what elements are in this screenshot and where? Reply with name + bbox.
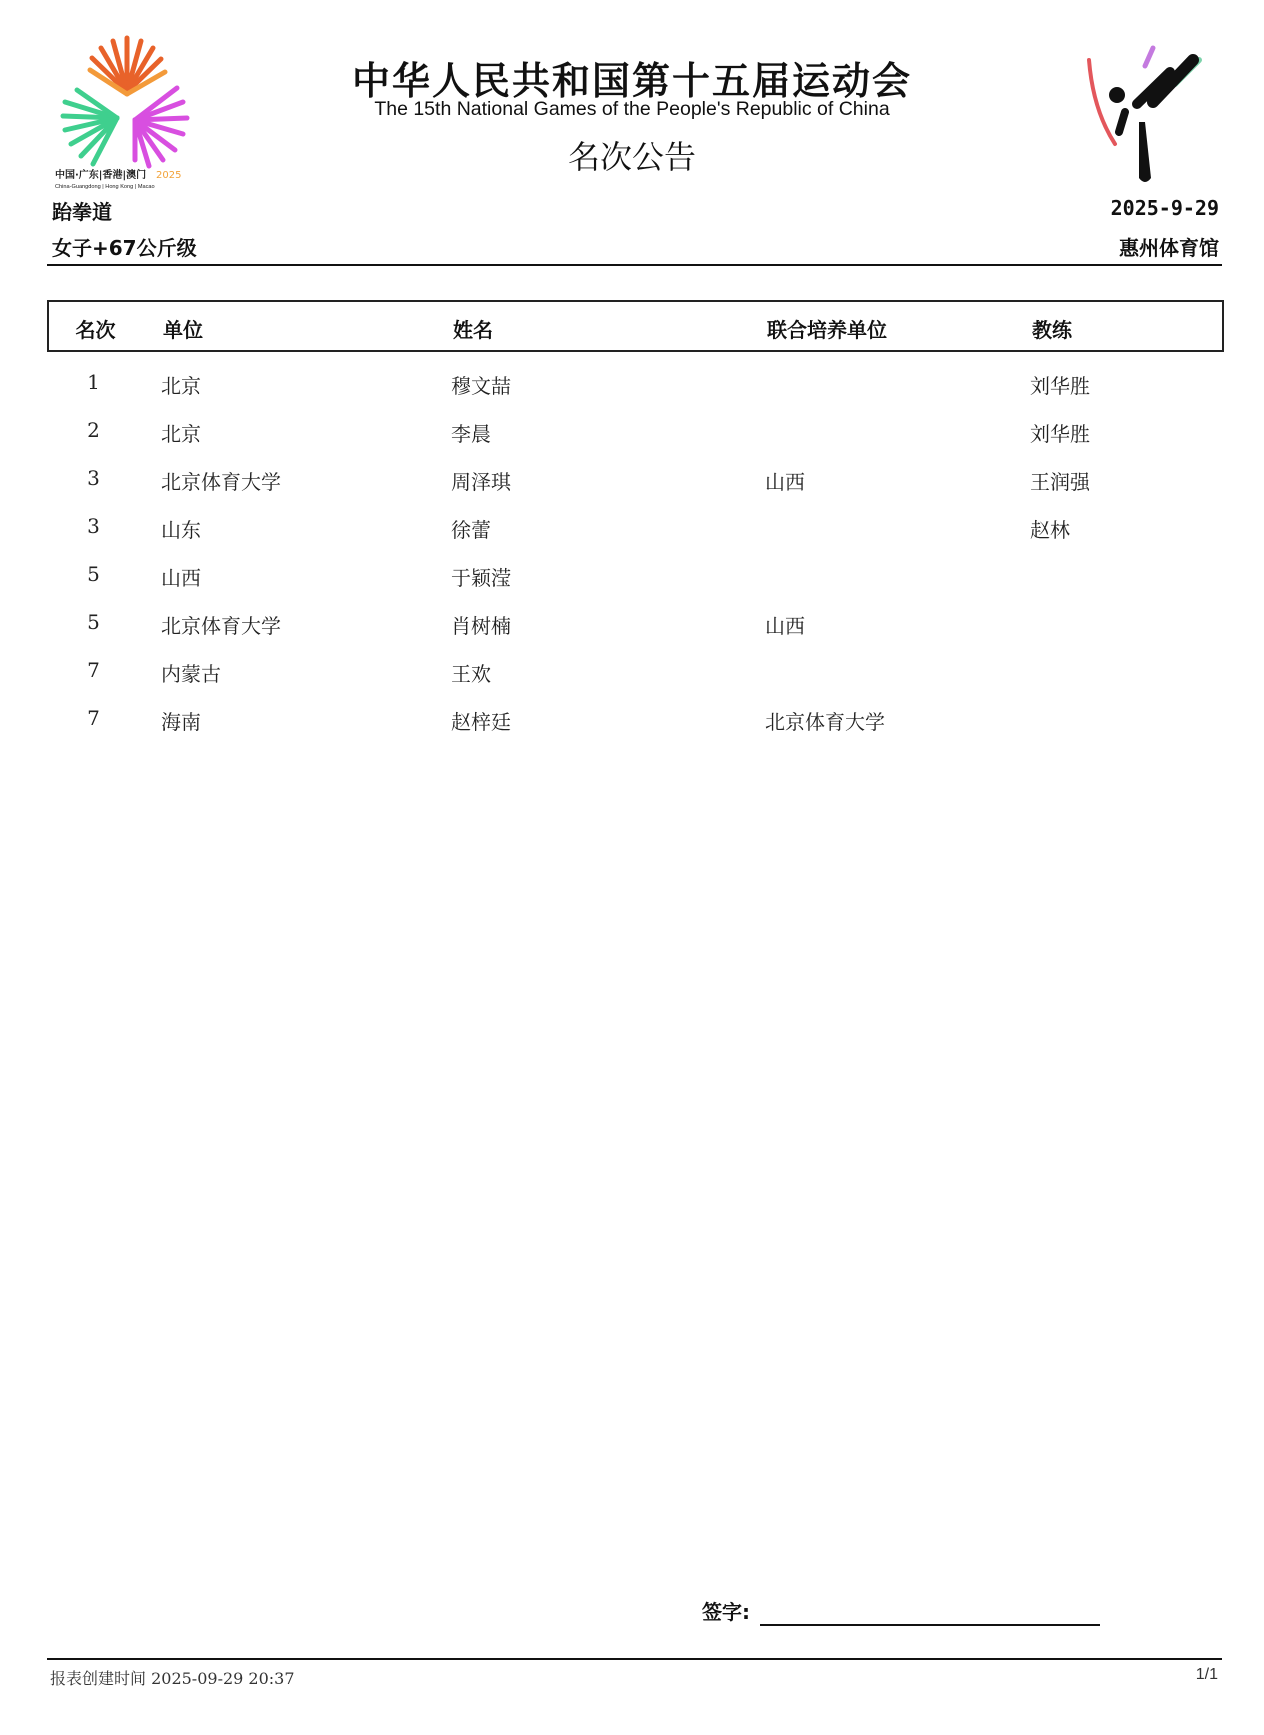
table-row: 7 海南 赵梓廷 北京体育大学	[47, 696, 1222, 744]
name-cell: 李晨	[451, 418, 491, 447]
unit-cell: 北京	[161, 370, 201, 399]
unit-cell: 北京体育大学	[161, 466, 281, 495]
signature-label: 签字:	[702, 1596, 750, 1625]
table-row: 2 北京 李晨 刘华胜	[47, 408, 1222, 456]
column-header-rank: 名次	[49, 314, 142, 343]
coach-cell: 刘华胜	[1030, 418, 1090, 447]
games-title-cn: 中华人民共和国第十五届运动会	[0, 50, 1264, 105]
joint-unit-cell: 北京体育大学	[765, 706, 885, 735]
table-row: 5 山西 于颖滢	[47, 552, 1222, 600]
table-row: 3 北京体育大学 周泽琪 山西 王润强	[47, 456, 1222, 504]
page-number: 1/1	[1196, 1666, 1218, 1684]
name-cell: 王欢	[451, 658, 491, 687]
coach-cell: 刘华胜	[1030, 370, 1090, 399]
column-header-unit: 单位	[163, 314, 203, 343]
rank-cell: 3	[47, 514, 140, 538]
footer-divider	[47, 1658, 1222, 1660]
results-table-header: 名次 单位 姓名 联合培养单位 教练	[47, 300, 1224, 352]
document-title: 名次公告	[0, 132, 1264, 178]
rank-cell: 1	[47, 370, 140, 394]
name-cell: 穆文喆	[451, 370, 511, 399]
unit-cell: 山西	[161, 562, 201, 591]
coach-cell: 王润强	[1030, 466, 1090, 495]
unit-cell: 北京体育大学	[161, 610, 281, 639]
name-cell: 徐蕾	[451, 514, 491, 543]
unit-cell: 内蒙古	[161, 658, 221, 687]
column-header-joint-unit: 联合培养单位	[767, 314, 887, 343]
date-label: 2025-9-29	[1111, 196, 1219, 220]
unit-cell: 山东	[161, 514, 201, 543]
rank-cell: 5	[47, 562, 140, 586]
joint-unit-cell: 山西	[765, 610, 805, 639]
name-cell: 于颖滢	[451, 562, 511, 591]
table-row: 5 北京体育大学 肖树楠 山西	[47, 600, 1222, 648]
signature-line	[760, 1624, 1100, 1626]
header-divider	[47, 264, 1222, 266]
rank-cell: 2	[47, 418, 140, 442]
name-cell: 赵梓廷	[451, 706, 511, 735]
coach-cell: 赵林	[1030, 514, 1070, 543]
name-cell: 周泽琪	[451, 466, 511, 495]
report-created-time: 报表创建时间 2025-09-29 20:37	[50, 1666, 295, 1689]
rank-cell: 7	[47, 706, 140, 730]
rank-cell: 7	[47, 658, 140, 682]
column-header-name: 姓名	[453, 314, 493, 343]
column-header-coach: 教练	[1032, 314, 1072, 343]
sport-label: 跆拳道	[52, 196, 112, 225]
rank-cell: 3	[47, 466, 140, 490]
joint-unit-cell: 山西	[765, 466, 805, 495]
games-title-en: The 15th National Games of the People's …	[0, 98, 1264, 121]
table-row: 1 北京 穆文喆 刘华胜	[47, 360, 1222, 408]
svg-text:China-Guangdong | Hong Kong |: China-Guangdong | Hong Kong | Macao	[55, 184, 155, 190]
event-label: 女子+67公斤级	[52, 232, 197, 261]
unit-cell: 海南	[161, 706, 201, 735]
rank-cell: 5	[47, 610, 140, 634]
unit-cell: 北京	[161, 418, 201, 447]
venue-label: 惠州体育馆	[1119, 232, 1219, 261]
table-row: 3 山东 徐蕾 赵林	[47, 504, 1222, 552]
name-cell: 肖树楠	[451, 610, 511, 639]
table-row: 7 内蒙古 王欢	[47, 648, 1222, 696]
